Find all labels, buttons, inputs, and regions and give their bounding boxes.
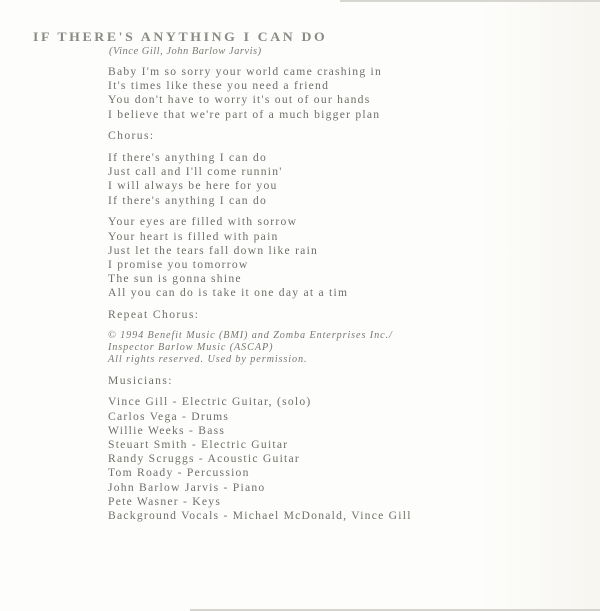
lyric-line: Baby I'm so sorry your world came crashi…	[108, 65, 538, 79]
lyric-line: Just call and I'll come runnin'	[108, 165, 538, 179]
copyright-notice: © 1994 Benefit Music (BMI) and Zomba Ent…	[108, 330, 538, 366]
lyric-line: The sun is gonna shine	[108, 272, 538, 286]
musician-credit: Background Vocals - Michael McDonald, Vi…	[108, 509, 538, 523]
musician-credit: Willie Weeks - Bass	[108, 424, 538, 438]
musician-credit: John Barlow Jarvis - Piano	[108, 481, 538, 495]
lyric-line: You don't have to worry it's out of our …	[108, 93, 538, 107]
lyric-line: Just let the tears fall down like rain	[108, 244, 538, 258]
lyric-line: I will always be here for you	[108, 179, 538, 193]
lyric-line: Your eyes are filled with sorrow	[108, 215, 538, 229]
copyright-line: Inspector Barlow Music (ASCAP)	[108, 342, 538, 354]
chorus-label: Chorus:	[108, 129, 538, 143]
verse-1: Baby I'm so sorry your world came crashi…	[108, 65, 538, 122]
verse-2: Your eyes are filled with sorrow Your he…	[108, 215, 538, 300]
repeat-chorus-label: Repeat Chorus:	[108, 308, 538, 322]
musician-credit: Pete Wasner - Keys	[108, 495, 538, 509]
musician-credit: Vince Gill - Electric Guitar, (solo)	[108, 395, 538, 409]
lyric-line: All you can do is take it one day at a t…	[108, 286, 538, 300]
musicians-list: Vince Gill - Electric Guitar, (solo) Car…	[108, 395, 538, 523]
lyric-line: If there's anything I can do	[108, 194, 538, 208]
lyric-line: It's times like these you need a friend	[108, 79, 538, 93]
chorus: If there's anything I can do Just call a…	[108, 151, 538, 208]
lyrics-body: Baby I'm so sorry your world came crashi…	[108, 65, 538, 531]
scan-top-edge	[340, 0, 600, 2]
lyric-line: Your heart is filled with pain	[108, 230, 538, 244]
musician-credit: Steuart Smith - Electric Guitar	[108, 438, 538, 452]
lyric-line: If there's anything I can do	[108, 151, 538, 165]
songwriter-credits: (Vince Gill, John Barlow Jarvis)	[109, 46, 262, 57]
musicians-label: Musicians:	[108, 374, 538, 388]
copyright-line: All rights reserved. Used by permission.	[108, 354, 538, 366]
lyric-line: I believe that we're part of a much bigg…	[108, 108, 538, 122]
copyright-line: © 1994 Benefit Music (BMI) and Zomba Ent…	[108, 330, 538, 342]
lyric-line: I promise you tomorrow	[108, 258, 538, 272]
musician-credit: Tom Roady - Percussion	[108, 466, 538, 480]
musician-credit: Carlos Vega - Drums	[108, 410, 538, 424]
musician-credit: Randy Scruggs - Acoustic Guitar	[108, 452, 538, 466]
song-title: IF THERE'S ANYTHING I CAN DO	[33, 30, 327, 45]
